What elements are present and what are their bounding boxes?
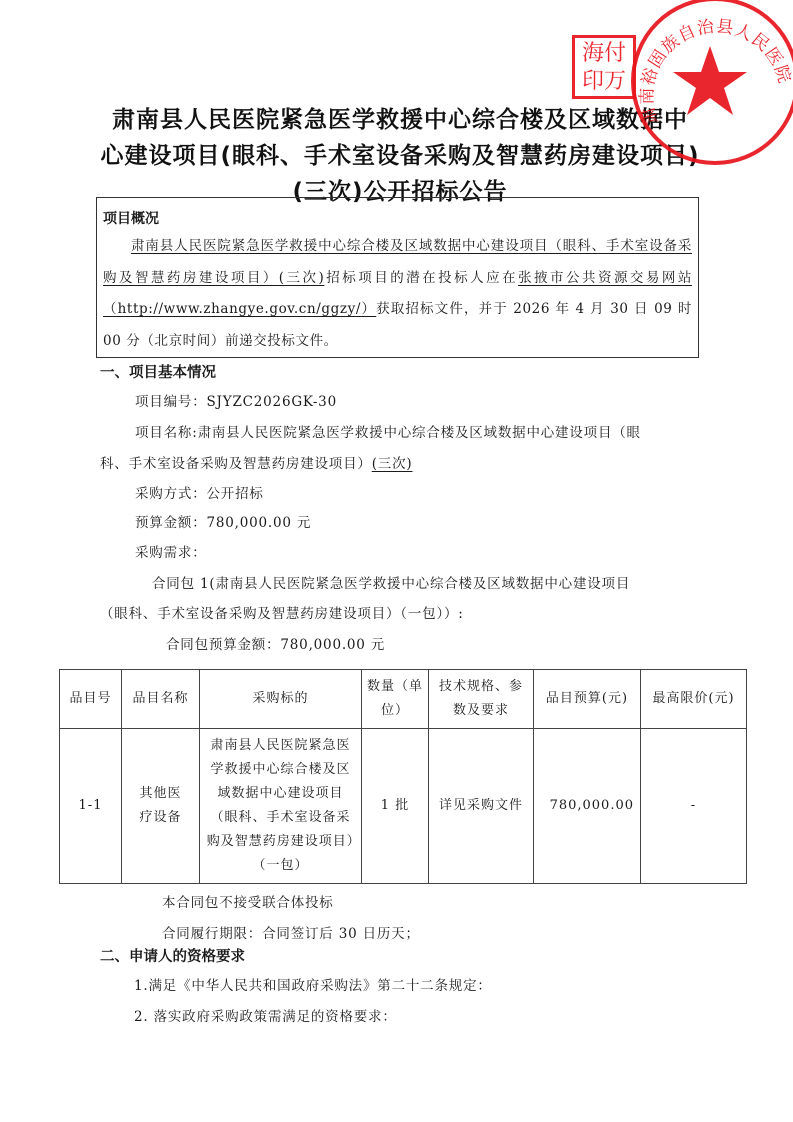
header-quantity: 数量（单位） <box>362 670 429 729</box>
budget-label: 预算金额： <box>135 515 207 531</box>
header-item-budget: 品目预算(元) <box>534 670 641 729</box>
overview-heading: 项目概况 <box>103 208 692 230</box>
square-seal-stamp: 海付 印万 <box>572 35 636 99</box>
procurement-method-value: 公开招标 <box>207 486 264 502</box>
qualification-item-1: 1.满足《中华人民共和国政府采购法》第二十二条规定： <box>134 976 492 996</box>
procurement-method-label: 采购方式： <box>135 486 207 502</box>
package-budget-row: 合同包预算金额：780,000.00 元 <box>166 635 385 655</box>
package-budget-value: 780,000.00 元 <box>280 637 385 653</box>
package-line-2: （眼科、手术室设备采购及智慧药房建设项目）（一包））: <box>100 604 464 624</box>
cell-subject: 肃南县人民医院紧急医学救援中心综合楼及区域数据中心建设项目（眼科、手术室设备采购… <box>200 729 362 884</box>
cell-item-no: 1-1 <box>60 729 122 884</box>
project-name-line-1: 肃南县人民医院紧急医学救援中心综合楼及区域数据中心建设项目（眼 <box>198 425 641 441</box>
procurement-items-table: 品目号 品目名称 采购标的 数量（单位） 技术规格、参数及要求 品目预算(元) … <box>59 669 747 884</box>
hospital-seal-stamp: 肃南裕固族自治县人民医院 <box>628 0 793 169</box>
package-line-1: 合同包 1(肃南县人民医院紧急医学救援中心综合楼及区域数据中心建设项目 <box>152 574 630 594</box>
project-name-label: 项目名称: <box>135 425 198 441</box>
star-icon <box>673 46 747 115</box>
project-name-row-1: 项目名称:肃南县人民医院紧急医学救援中心综合楼及区域数据中心建设项目（眼 <box>135 423 641 443</box>
package-budget-label: 合同包预算金额： <box>166 637 280 653</box>
project-number-value: SJYZC2026GK-30 <box>207 394 337 410</box>
header-subject: 采购标的 <box>200 670 362 729</box>
section-2-heading: 二、申请人的资格要求 <box>100 947 245 967</box>
project-number-label: 项目编号： <box>135 394 207 410</box>
project-overview-box: 项目概况 肃南县人民医院紧急医学救援中心综合楼及区域数据中心建设项目（眼科、手术… <box>96 197 699 358</box>
qualification-item-2: 2. 落实政府采购政策需满足的资格要求： <box>134 1007 397 1027</box>
cell-spec: 详见采购文件 <box>429 729 534 884</box>
table-row: 1-1 其他医疗设备 肃南县人民医院紧急医学救援中心综合楼及区域数据中心建设项目… <box>60 729 747 884</box>
project-name-line-2: 科、手术室设备采购及智慧药房建设项目） <box>100 456 372 472</box>
header-max-price: 最高限价(元) <box>641 670 747 729</box>
cell-item-name: 其他医疗设备 <box>122 729 200 884</box>
header-item-name: 品目名称 <box>122 670 200 729</box>
seal-chars-bottom: 印万 <box>575 68 633 96</box>
project-name-row-2: 科、手术室设备采购及智慧药房建设项目）(三次) <box>100 454 412 474</box>
header-spec: 技术规格、参数及要求 <box>429 670 534 729</box>
header-item-no: 品目号 <box>60 670 122 729</box>
project-name-suffix: (三次) <box>372 456 413 472</box>
contract-period-value: 合同签订后 30 日历天； <box>262 926 420 942</box>
budget-value: 780,000.00 元 <box>207 515 312 531</box>
budget-row: 预算金额：780,000.00 元 <box>135 513 311 533</box>
cell-max-price: - <box>641 729 747 884</box>
no-consortium-note: 本合同包不接受联合体投标 <box>162 893 334 913</box>
seal-chars-top: 海付 <box>575 40 633 68</box>
procurement-demand-label: 采购需求： <box>135 543 207 563</box>
overview-body: 肃南县人民医院紧急医学救援中心综合楼及区域数据中心建设项目（眼科、手术室设备采购… <box>103 231 692 357</box>
cell-quantity: 1 批 <box>362 729 429 884</box>
procurement-method-row: 采购方式：公开招标 <box>135 484 264 504</box>
overview-text-1: 招标项目的潜在投标人应在 <box>324 270 518 286</box>
section-1-heading: 一、项目基本情况 <box>100 363 216 383</box>
contract-period-label: 合同履行期限： <box>162 926 262 942</box>
cell-item-budget: 780,000.00 <box>534 729 641 884</box>
table-header-row: 品目号 品目名称 采购标的 数量（单位） 技术规格、参数及要求 品目预算(元) … <box>60 670 747 729</box>
project-number-row: 项目编号：SJYZC2026GK-30 <box>135 392 337 412</box>
contract-period-row: 合同履行期限：合同签订后 30 日历天； <box>162 924 420 944</box>
